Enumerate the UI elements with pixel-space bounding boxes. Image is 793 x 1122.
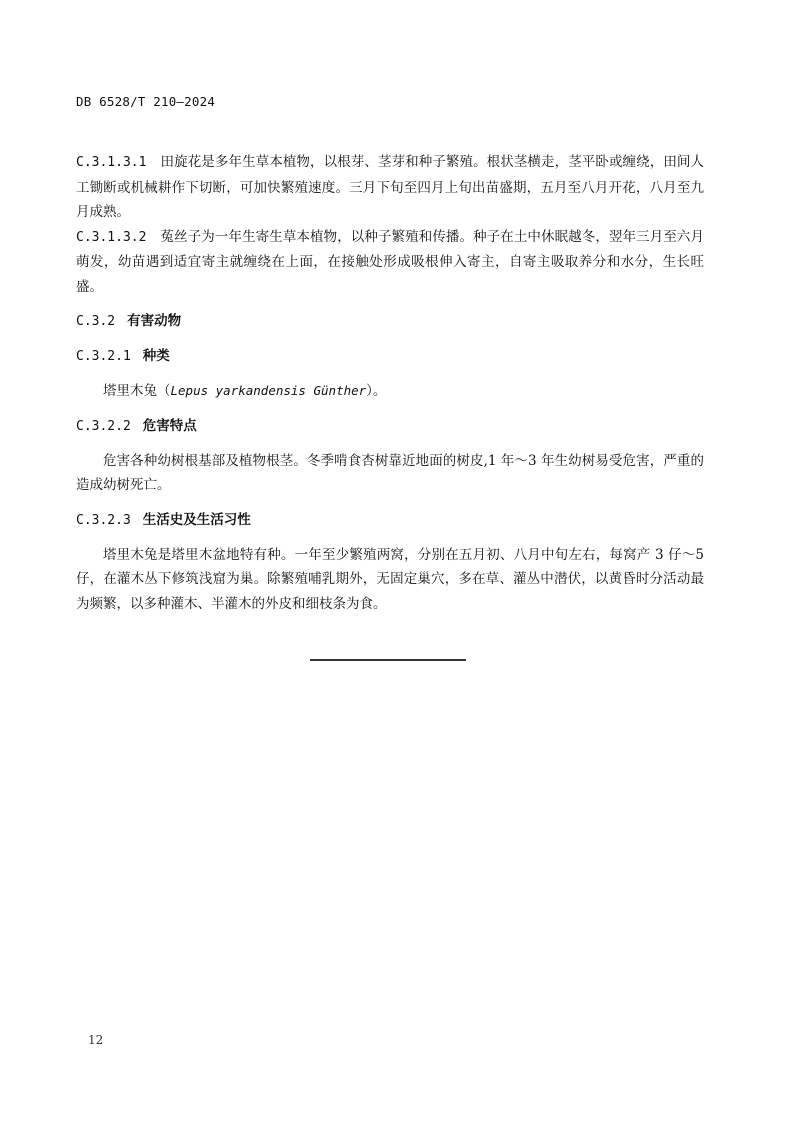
- end-of-document-rule: [310, 659, 466, 661]
- clause-text: 菟丝子为一年生寄生草本植物，以种子繁殖和传播。种子在土中休眠越冬，翌年三月至六月…: [76, 229, 704, 295]
- punctuation: ）。: [366, 383, 386, 399]
- clause-c3132: C.3.1.3.2菟丝子为一年生寄生草本植物，以种子繁殖和传播。种子在土中休眠越…: [76, 225, 704, 300]
- section-title: 种类: [143, 348, 170, 364]
- page-content: C.3.1.3.1田旋花是多年生草本植物，以根芽、茎芽和种子繁殖。根状茎横走，茎…: [76, 150, 704, 616]
- clause-number: C.3.1.3.2: [76, 230, 146, 245]
- section-title: 有害动物: [127, 313, 181, 329]
- species-paragraph: 塔里木兔（Lepus yarkandensis Günther）。: [76, 379, 704, 404]
- species-common-name: 塔里木兔（: [103, 383, 171, 399]
- clause-text: 田旋花是多年生草本植物，以根芽、茎芽和种子繁殖。根状茎横走，茎平卧或缠绕，田间人…: [76, 154, 704, 220]
- section-number: C.3.2.1: [76, 349, 131, 364]
- clause-c3131: C.3.1.3.1田旋花是多年生草本植物，以根芽、茎芽和种子繁殖。根状茎横走，茎…: [76, 150, 704, 225]
- section-title: 生活史及生活习性: [143, 512, 251, 528]
- section-number: C.3.2.2: [76, 419, 131, 434]
- clause-number: C.3.1.3.1: [76, 155, 146, 170]
- species-latin-name: Lepus yarkandensis Günther: [171, 383, 367, 398]
- section-heading-c323: C.3.2.3生活史及生活习性: [76, 508, 704, 533]
- section-title: 危害特点: [143, 418, 197, 434]
- life-history-paragraph: 塔里木兔是塔里木盆地特有种。一年至少繁殖两窝，分别在五月初、八月中旬左右，每窝产…: [76, 543, 704, 617]
- section-heading-c322: C.3.2.2危害特点: [76, 414, 704, 439]
- section-heading-c321: C.3.2.1种类: [76, 344, 704, 369]
- section-number: C.3.2: [76, 314, 115, 329]
- section-heading-c32: C.3.2有害动物: [76, 309, 704, 334]
- damage-paragraph: 危害各种幼树根基部及植物根茎。冬季啃食杏树靠近地面的树皮,1 年～3 年生幼树易…: [76, 449, 704, 498]
- page-number: 12: [88, 1033, 103, 1047]
- section-number: C.3.2.3: [76, 513, 131, 528]
- document-code-header: DB 6528/T 210—2024: [76, 94, 215, 109]
